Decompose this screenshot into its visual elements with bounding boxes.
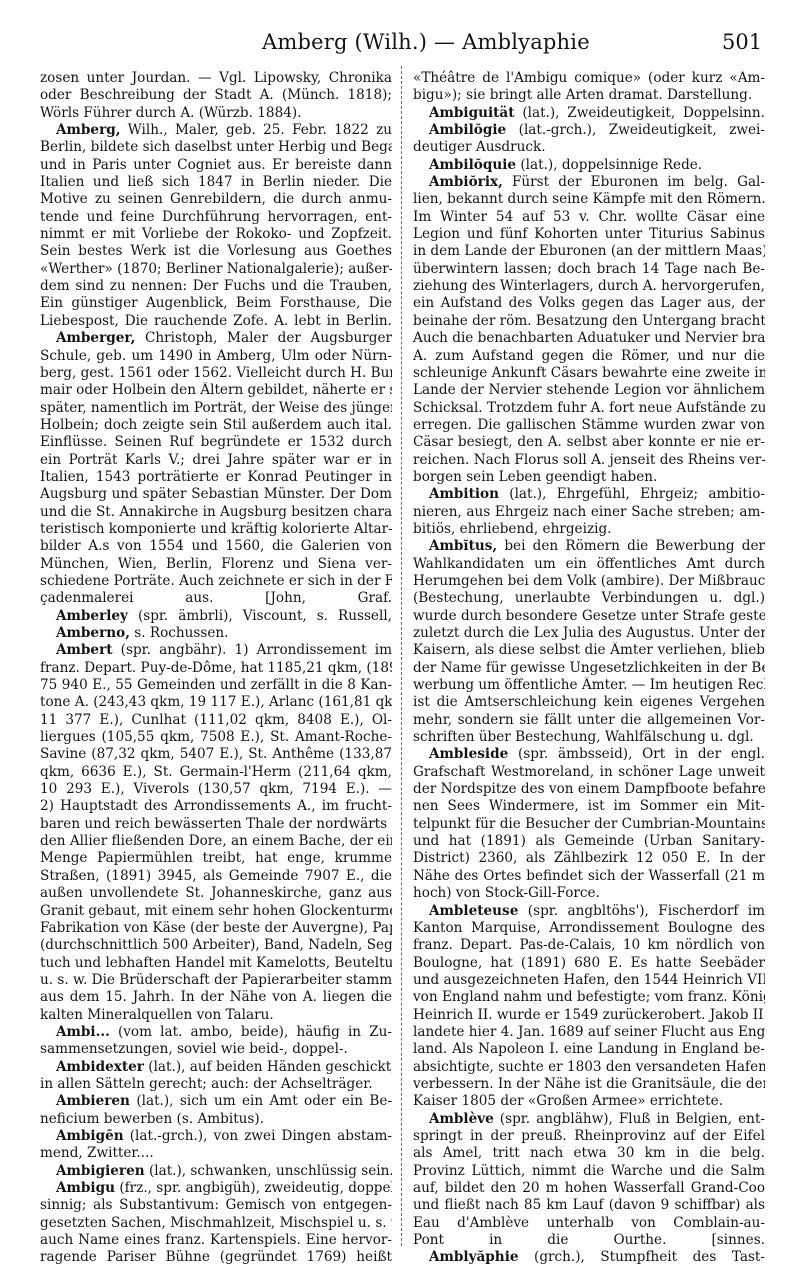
text-line: mend, Zwitter....	[40, 1145, 392, 1162]
entry-text: telpunkt für die Besucher der Cumbrian-M…	[413, 816, 765, 832]
entry-text: München, Wien, Berlin, Florenz und Siena…	[40, 556, 392, 572]
entry-text: aus dem 15. Jahrh. In der Nähe von A. li…	[40, 989, 392, 1005]
text-line: Provinz Lüttich, nimmt die Warche und di…	[413, 1163, 765, 1180]
page-number: 501	[722, 30, 762, 54]
entry-text: s. Rochussen.	[130, 625, 229, 641]
entry-text: dem sind zu nennen: Der Fuchs und die Tr…	[40, 278, 392, 294]
text-line: Berlin, bildete sich daselbst unter Herb…	[40, 139, 392, 156]
text-line: Herumgehen bei dem Volk (ambire). Der Mi…	[413, 573, 765, 590]
entry-text: Straßen, (1891) 3945, als Gemeinde 7907 …	[40, 868, 392, 884]
text-line: Motive zu seinen Genrebildern, die durch…	[40, 191, 392, 208]
entry-text: beinahe der röm. Besatzung den Untergang…	[413, 313, 765, 329]
entry-text: Liebespost, Die rauchende Zofe. A. lebt …	[40, 313, 392, 329]
entry-text: ein Aufstand des Volks gegen das Lager a…	[413, 295, 765, 311]
text-line: auf, bildet den 20 m hohen Wasserfall Gr…	[413, 1180, 765, 1197]
text-line: Auch die benachbarten Aduatuker und Nerv…	[413, 330, 765, 347]
text-line: Legion und fünf Kohorten unter Titurius …	[413, 226, 765, 243]
text-line: nimmt er mit Vorliebe der Rokoko- und Zo…	[40, 226, 392, 243]
entry-text: Sein bestes Werk ist die Vorlesung aus G…	[40, 243, 392, 259]
entry-text: Auch die benachbarten Aduatuker und Nerv…	[413, 330, 765, 346]
entry-text: ist die Amtserschleichung kein eigenes V…	[413, 694, 765, 710]
entry-lemma: Ambigieren	[56, 1163, 145, 1179]
entry-text: mair oder Holbein den Ältern gebildet, n…	[40, 382, 392, 398]
entry-text: Augsburg und später Sebastian Münster. D…	[40, 486, 392, 502]
text-line: hoch) von Stock-Gill-Force.	[413, 885, 765, 902]
entry-text: (durchschnittlich 500 Arbeiter), Band, N…	[40, 937, 392, 953]
text-line: land. Als Napoleon I. eine Landung in En…	[413, 1041, 765, 1058]
text-line: in allen Sätteln gerecht; auch: der Achs…	[40, 1076, 392, 1093]
entry-text: neficium bewerben (s. Ambitus).	[40, 1111, 264, 1127]
entry-text: der Name für gewisse Ungesetzlichkeiten …	[413, 660, 765, 676]
text-line: Wahlkandidaten um ein öffentliches Amt d…	[413, 556, 765, 573]
entry-headline: Ambigieren (lat.), schwanken, unschlüssi…	[40, 1163, 392, 1180]
text-line: zosen unter Jourdan. — Vgl. Lipowsky, Ch…	[40, 70, 392, 87]
entry-text: und fließt nach 85 km Lauf (davon 9 schi…	[413, 1197, 765, 1213]
text-line: der Name für gewisse Ungesetzlichkeiten …	[413, 660, 765, 677]
entry-headline: Amblyăphie (grch.), Stumpfheit des Tast-	[413, 1249, 765, 1266]
running-head-title: Amberg (Wilh.) — Amblyaphie	[262, 30, 590, 54]
entry-lemma: Ambition	[429, 486, 499, 502]
entry-text: Lande der Nervier stehende Legion vor äh…	[413, 382, 765, 398]
entry-lemma: Ambilŏquie	[429, 157, 516, 173]
text-line: springt in der preuß. Rheinprovinz auf d…	[413, 1128, 765, 1145]
entry-text: Holbein; doch zeigte sein Stil außerdem …	[40, 417, 392, 433]
text-line: Im Winter 54 auf 53 v. Chr. wollte Cäsar…	[413, 209, 765, 226]
entry-lemma: Amberno,	[56, 625, 130, 641]
entry-text: (lat.), doppelsinnige Rede.	[516, 157, 702, 173]
entry-text: Herumgehen bei dem Volk (ambire). Der Mi…	[413, 573, 765, 589]
column-divider	[401, 66, 402, 1246]
text-line: Sein bestes Werk ist die Vorlesung aus G…	[40, 243, 392, 260]
entry-headline: Ambidexter (lat.), auf beiden Händen ges…	[40, 1059, 392, 1076]
entry-text: District) 2360, als Zählbezirk 12 050 E.…	[413, 850, 765, 866]
entry-text: ragende Pariser Bühne (gegründet 1769) h…	[40, 1249, 392, 1265]
text-line: District) 2360, als Zählbezirk 12 050 E.…	[413, 850, 765, 867]
text-line: teristisch komponierte und kräftig kolor…	[40, 521, 392, 538]
entry-text: werbung um öffentliche Ämter. — Im heuti…	[413, 677, 765, 693]
text-line: ragende Pariser Bühne (gegründet 1769) h…	[40, 1249, 392, 1266]
entry-headline: Ambleside (spr. ämbsseid), Ort in der en…	[413, 746, 765, 763]
text-line: auch Name eines franz. Kartenspiels. Ein…	[40, 1232, 392, 1249]
entry-text: (lat.), auf beiden Händen geschickt;	[144, 1059, 392, 1075]
entry-text: (spr. angbähr). 1) Arrondissement im	[113, 642, 392, 658]
text-line: erregen. Die gallischen Stämme wurden zw…	[413, 417, 765, 434]
text-line: Wörls Führer durch A. (Würzb. 1884).	[40, 105, 392, 122]
right-column: «Théâtre de l'Ambigu comique» (oder kurz…	[413, 70, 765, 1266]
entry-text: überwintern lassen; doch brach 14 Tage n…	[413, 261, 765, 277]
entry-text: Granit gebaut, mit einem sehr hohen Gloc…	[40, 903, 392, 919]
entry-text: nieren, aus Ehrgeiz nach einer Sache str…	[413, 504, 765, 520]
text-line: in dem Lande der Eburonen (an der mittle…	[413, 243, 765, 260]
entry-text: den Allier fließenden Dore, an einem Bac…	[40, 833, 392, 849]
entry-lemma: Ambilŏgie	[429, 122, 506, 138]
entry-text: sinnig; als Substantivum: Gemisch von en…	[40, 1197, 392, 1213]
text-line: çadenmalerei aus. [John, Graf.	[40, 590, 392, 607]
text-line: franz. Depart. Puy-de-Dôme, hat 1185,21 …	[40, 660, 392, 677]
text-line: und ausgezeichneten Hafen, den 1544 Hein…	[413, 972, 765, 989]
entry-headline: Ambĭtus, bei den Römern die Bewerbung de…	[413, 538, 765, 555]
entry-headline: Ambieren (lat.), sich um ein Amt oder ei…	[40, 1093, 392, 1110]
entry-text: (frz., spr. angbigüh), zweideutig, doppe…	[115, 1180, 392, 1196]
text-line: Kaiser 1805 der «Großen Armee» errichtet…	[413, 1093, 765, 1110]
entry-text: (spr. angbltöhs'), Fischerdorf im	[518, 903, 765, 919]
entry-headline: Ambiŏrix, Fürst der Eburonen im belg. Ga…	[413, 174, 765, 191]
text-line: sammensetzungen, soviel wie beid-, doppe…	[40, 1041, 392, 1058]
entry-headline: Ambition (lat.), Ehrgefühl, Ehrgeiz; amb…	[413, 486, 765, 503]
entry-text: (grch.), Stumpfheit des Tast-	[519, 1249, 765, 1265]
entry-text: baren und reich bewässerten Thale der no…	[40, 816, 392, 832]
text-line: werbung um öffentliche Ämter. — Im heuti…	[413, 677, 765, 694]
entry-text: reichen. Nach Florus soll A. jenseit des…	[413, 452, 765, 468]
text-line: Schule, geb. um 1490 in Amberg, Ulm oder…	[40, 348, 392, 365]
text-line: telpunkt für die Besucher der Cumbrian-M…	[413, 816, 765, 833]
entry-text: liergues (105,55 qkm, 7508 E.), St. Aman…	[40, 729, 392, 745]
entry-text: bitiös, ehrliebend, ehrgeizig.	[413, 521, 611, 537]
entry-headline: Ambilŏgie (lat.-grch.), Zweideutigkeit, …	[413, 122, 765, 139]
entry-text: auf, bildet den 20 m hohen Wasserfall Gr…	[413, 1180, 765, 1196]
text-line: 10 293 E.), Viverols (130,57 qkm, 7194 E…	[40, 781, 392, 798]
entry-lemma: Ambigēn	[56, 1128, 124, 1144]
text-line: Nähe des Ortes befindet sich der Wasserf…	[413, 868, 765, 885]
text-line: gesetzten Sachen, Mischmahlzeit, Mischsp…	[40, 1215, 392, 1232]
entry-text: (spr. angblähw), Fluß in Belgien, ent-	[494, 1111, 765, 1127]
text-line: liergues (105,55 qkm, 7508 E.), St. Aman…	[40, 729, 392, 746]
text-line: 75 940 E., 55 Gemeinden und zerfällt in …	[40, 677, 392, 694]
text-line: A. zum Aufstand gegen die Römer, und nur…	[413, 348, 765, 365]
entry-text: tuch und lebhaften Handel mit Kamelotts,…	[40, 955, 392, 971]
entry-text: Menge Papiermühlen treibt, hat enge, kru…	[40, 850, 392, 866]
entry-text: schriften über Bestechung, Wahlfälschung…	[413, 729, 754, 745]
text-line: landete hier 4. Jan. 1689 auf seiner Flu…	[413, 1024, 765, 1041]
entry-text: (lat.), Zweideutigkeit, Doppelsinn.	[515, 105, 765, 121]
text-line: Ein günstiger Augenblick, Beim Forsthaus…	[40, 295, 392, 312]
entry-text: in dem Lande der Eburonen (an der mittle…	[413, 243, 765, 259]
text-line: schleunige Ankunft Cäsars bewahrte eine …	[413, 365, 765, 382]
entry-text: berg, gest. 1561 oder 1562. Vielleicht d…	[40, 365, 392, 381]
entry-text: und ausgezeichneten Hafen, den 1544 Hein…	[413, 972, 765, 988]
text-line: nieren, aus Ehrgeiz nach einer Sache str…	[413, 504, 765, 521]
entry-lemma: Amberger,	[56, 330, 135, 346]
entry-text: franz. Depart. Pas-de-Calais, 10 km nörd…	[413, 937, 765, 953]
entry-text: Nähe des Ortes befindet sich der Wasserf…	[413, 868, 765, 884]
entry-text: erregen. Die gallischen Stämme wurden zw…	[413, 417, 765, 433]
entry-lemma: Ambi...	[56, 1024, 110, 1040]
text-line: Einflüsse. Seinen Ruf begründete er 1532…	[40, 434, 392, 451]
entry-lemma: Ambieren	[56, 1093, 130, 1109]
entry-lemma: Ambert	[56, 642, 113, 658]
text-line: neficium bewerben (s. Ambitus).	[40, 1111, 392, 1128]
entry-lemma: Amberg,	[56, 122, 120, 138]
entry-lemma: Amberley	[56, 608, 128, 624]
text-line: berg, gest. 1561 oder 1562. Vielleicht d…	[40, 365, 392, 382]
text-line: (durchschnittlich 500 Arbeiter), Band, N…	[40, 937, 392, 954]
text-line: tende und feine Durchführung hervorragen…	[40, 209, 392, 226]
entry-lemma: Ambigu	[56, 1180, 115, 1196]
entry-text: bigu»); sie bringt alle Arten dramat. Da…	[413, 87, 752, 103]
entry-text: oder Beschreibung der Stadt A. (Münch. 1…	[40, 87, 392, 103]
entry-text: Wilh., Maler, geb. 25. Febr. 1822 zu	[120, 122, 392, 138]
text-line: deutiger Ausdruck.	[413, 139, 765, 156]
text-line: bigu»); sie bringt alle Arten dramat. Da…	[413, 87, 765, 104]
entry-text: Italien und ließ sich 1847 in Berlin nie…	[40, 174, 392, 190]
entry-text: land. Als Napoleon I. eine Landung in En…	[413, 1041, 765, 1057]
text-line: Menge Papiermühlen treibt, hat enge, kru…	[40, 850, 392, 867]
entry-lemma: Amblyăphie	[429, 1249, 519, 1265]
text-line: bilder A.s von 1554 und 1560, die Galeri…	[40, 538, 392, 555]
text-line: verbessern. In der Nähe ist die Granitsä…	[413, 1076, 765, 1093]
entry-text: çadenmalerei aus. [John, Graf.	[40, 590, 392, 606]
entry-headline: Amberno, s. Rochussen.	[40, 625, 392, 642]
entry-text: (lat.), Ehrgefühl, Ehrgeiz; ambitio-	[499, 486, 765, 502]
entry-text: mehr, sondern sie fällt unter die allgem…	[413, 712, 765, 728]
entry-text: Berlin, bildete sich daselbst unter Herb…	[40, 139, 392, 155]
text-line: bitiös, ehrliebend, ehrgeizig.	[413, 521, 765, 538]
entry-text: zuletzt durch die Lex Julia des Augustus…	[413, 625, 765, 641]
entry-text: außen unvollendete St. Johanneskirche, g…	[40, 885, 392, 901]
text-line: Eau d'Amblève unterhalb von Comblain-au-	[413, 1215, 765, 1232]
entry-text: Boulogne, hat (1891) 680 E. Es hatte See…	[413, 955, 765, 971]
entry-headline: Ambigu (frz., spr. angbigüh), zweideutig…	[40, 1180, 392, 1197]
entry-lemma: Ambĭtus,	[429, 538, 497, 554]
entry-headline: Ambi... (vom lat. ambo, beide), häufig i…	[40, 1024, 392, 1041]
text-line: Straßen, (1891) 3945, als Gemeinde 7907 …	[40, 868, 392, 885]
entry-text: 75 940 E., 55 Gemeinden und zerfällt in …	[40, 677, 392, 693]
entry-text: Wörls Führer durch A. (Würzb. 1884).	[40, 105, 302, 121]
entry-text: und in Paris unter Cogniet aus. Er berei…	[40, 157, 392, 173]
entry-text: Pont in die Ourthe. [sinnes.	[413, 1232, 765, 1248]
text-line: «Théâtre de l'Ambigu comique» (oder kurz…	[413, 70, 765, 87]
text-line: der Nordspitze des von einem Dampfboote …	[413, 781, 765, 798]
entry-text: Heinrich II. wurde er 1549 zurückerobert…	[413, 1007, 765, 1023]
entry-text: später, namentlich im Porträt, der Weise…	[40, 400, 392, 416]
entry-text: schiedene Porträte. Auch zeichnete er si…	[40, 573, 392, 589]
entry-text: deutiger Ausdruck.	[413, 139, 546, 155]
entry-text: Cäsar besiegt, den A. selbst aber konnte…	[413, 434, 765, 450]
entry-text: Wahlkandidaten um ein öffentliches Amt d…	[413, 556, 765, 572]
text-line: ein Porträt Karls V.; drei Jahre später …	[40, 452, 392, 469]
text-line: tuch und lebhaften Handel mit Kamelotts,…	[40, 955, 392, 972]
text-line: wurde durch besondere Gesetze unter Stra…	[413, 608, 765, 625]
text-line: Granit gebaut, mit einem sehr hohen Gloc…	[40, 903, 392, 920]
text-line: tone A. (243,43 qkm, 19 117 E.), Arlanc …	[40, 694, 392, 711]
entry-text: Provinz Lüttich, nimmt die Warche und di…	[413, 1163, 765, 1179]
text-line: qkm, 6636 E.), St. Germain-l'Herm (211,6…	[40, 764, 392, 781]
text-line: Cäsar besiegt, den A. selbst aber konnte…	[413, 434, 765, 451]
entry-lemma: Ambleteuse	[429, 903, 518, 919]
entry-text: (lat.-grch.), Zweideutigkeit, zwei-	[506, 122, 765, 138]
entry-headline: Amberger, Christoph, Maler der Augsburge…	[40, 330, 392, 347]
entry-text: teristisch komponierte und kräftig kolor…	[40, 521, 392, 537]
text-line: schriften über Bestechung, Wahlfälschung…	[413, 729, 765, 746]
text-line: lien, bekannt durch seine Kämpfe mit den…	[413, 191, 765, 208]
text-line: Liebespost, Die rauchende Zofe. A. lebt …	[40, 313, 392, 330]
text-line: sinnig; als Substantivum: Gemisch von en…	[40, 1197, 392, 1214]
entry-text: mend, Zwitter....	[40, 1145, 154, 1161]
entry-text: der Nordspitze des von einem Dampfboote …	[413, 781, 765, 797]
text-line: aus dem 15. Jahrh. In der Nähe von A. li…	[40, 989, 392, 1006]
text-line: und fließt nach 85 km Lauf (davon 9 schi…	[413, 1197, 765, 1214]
entry-lemma: Ambiguität	[429, 105, 515, 121]
entry-text: als Amel, tritt nach etwa 30 km in die b…	[413, 1145, 765, 1161]
text-line: und die St. Annakirche in Augsburg besit…	[40, 504, 392, 521]
entry-text: qkm, 6636 E.), St. Germain-l'Herm (211,6…	[40, 764, 392, 780]
entry-text: ziehung des Winterlagers, durch A. hervo…	[413, 278, 765, 294]
text-line: franz. Depart. Pas-de-Calais, 10 km nörd…	[413, 937, 765, 954]
entry-text: Schule, geb. um 1490 in Amberg, Ulm oder…	[40, 348, 392, 364]
entry-text: bei den Römern die Bewerbung der	[497, 538, 765, 554]
text-line: und in Paris unter Cogniet aus. Er berei…	[40, 157, 392, 174]
entry-headline: Amblève (spr. angblähw), Fluß in Belgien…	[413, 1111, 765, 1128]
text-line: «Werther» (1870; Berliner Nationalgaleri…	[40, 261, 392, 278]
entry-text: Kaiser 1805 der «Großen Armee» errichtet…	[413, 1093, 723, 1109]
entry-text: Kanton Marquise, Arrondissement Boulogne…	[413, 920, 765, 936]
text-line: beinahe der röm. Besatzung den Untergang…	[413, 313, 765, 330]
entry-text: landete hier 4. Jan. 1689 auf seiner Flu…	[413, 1024, 765, 1040]
entry-text: Im Winter 54 auf 53 v. Chr. wollte Cäsar…	[413, 209, 765, 225]
entry-text: «Théâtre de l'Ambigu comique» (oder kurz…	[413, 70, 765, 86]
entry-text: hoch) von Stock-Gill-Force.	[413, 885, 600, 901]
text-line: oder Beschreibung der Stadt A. (Münch. 1…	[40, 87, 392, 104]
text-line: außen unvollendete St. Johanneskirche, g…	[40, 885, 392, 902]
text-line: baren und reich bewässerten Thale der no…	[40, 816, 392, 833]
text-line: nen Sees Windermere, ist im Sommer ein M…	[413, 798, 765, 815]
entry-text: (lat.), schwanken, unschlüssig sein.	[145, 1163, 392, 1179]
entry-text: und hat (1891) als Gemeinde (Urban Sanit…	[413, 833, 765, 849]
entry-text: (spr. ämbsseid), Ort in der engl.	[508, 746, 765, 762]
entry-headline: Ambert (spr. angbähr). 1) Arrondissement…	[40, 642, 392, 659]
entry-text: wurde durch besondere Gesetze unter Stra…	[413, 608, 765, 624]
entry-headline: Amberley (spr. ämbrli), Viscount, s. Rus…	[40, 608, 392, 625]
text-line: borgen sein Leben geendigt haben.	[413, 469, 765, 486]
entry-text: verbessern. In der Nähe ist die Granitsä…	[413, 1076, 765, 1092]
entry-text: ein Porträt Karls V.; drei Jahre später …	[40, 452, 392, 468]
entry-text: nen Sees Windermere, ist im Sommer ein M…	[413, 798, 765, 814]
entry-text: franz. Depart. Puy-de-Dôme, hat 1185,21 …	[40, 660, 392, 676]
text-line: kalten Mineralquellen von Talaru.	[40, 1007, 392, 1024]
entry-text: tende und feine Durchführung hervorragen…	[40, 209, 392, 225]
entry-text: Savine (87,32 qkm, 5407 E.), St. Anthême…	[40, 746, 392, 762]
text-line: ist die Amtserschleichung kein eigenes V…	[413, 694, 765, 711]
entry-lemma: Ambleside	[429, 746, 508, 762]
entry-text: tone A. (243,43 qkm, 19 117 E.), Arlanc …	[40, 694, 392, 710]
entry-headline: Ambiguität (lat.), Zweideutigkeit, Doppe…	[413, 105, 765, 122]
entry-text: A. zum Aufstand gegen die Römer, und nur…	[413, 348, 765, 364]
entry-text: «Werther» (1870; Berliner Nationalgaleri…	[40, 261, 392, 277]
text-line: mair oder Holbein den Ältern gebildet, n…	[40, 382, 392, 399]
text-line: Lande der Nervier stehende Legion vor äh…	[413, 382, 765, 399]
entry-text: zosen unter Jourdan. — Vgl. Lipowsky, Ch…	[40, 70, 392, 86]
text-line: zuletzt durch die Lex Julia des Augustus…	[413, 625, 765, 642]
text-line: Savine (87,32 qkm, 5407 E.), St. Anthême…	[40, 746, 392, 763]
text-line: Schicksal. Trotzdem fuhr A. fort neue Au…	[413, 400, 765, 417]
text-line: und hat (1891) als Gemeinde (Urban Sanit…	[413, 833, 765, 850]
text-line: 11 377 E.), Cunlhat (111,02 qkm, 8408 E.…	[40, 712, 392, 729]
text-line: Augsburg und später Sebastian Münster. D…	[40, 486, 392, 503]
text-line: ein Aufstand des Volks gegen das Lager a…	[413, 295, 765, 312]
text-line: u. s. w. Die Brüderschaft der Papierarbe…	[40, 972, 392, 989]
entry-text: Kaisern, als diese selbst die Ämter verl…	[413, 642, 765, 658]
entry-text: sammensetzungen, soviel wie beid-, doppe…	[40, 1041, 348, 1057]
entry-text: Grafschaft Westmoreland, in schöner Lage…	[413, 764, 765, 780]
entry-text: Fabrikation von Käse (der beste der Auve…	[40, 920, 392, 936]
entry-text: Motive zu seinen Genrebildern, die durch…	[40, 191, 392, 207]
text-line: Kaisern, als diese selbst die Ämter verl…	[413, 642, 765, 659]
entry-text: 10 293 E.), Viverols (130,57 qkm, 7194 E…	[40, 781, 392, 797]
entry-text: bilder A.s von 1554 und 1560, die Galeri…	[40, 538, 392, 554]
entry-text: gesetzten Sachen, Mischmahlzeit, Mischsp…	[40, 1215, 392, 1231]
page-header: Amberg (Wilh.) — Amblyaphie 501	[0, 30, 800, 60]
entry-text: (spr. ämbrli), Viscount, s. Russell,	[128, 608, 392, 624]
entry-text: Schicksal. Trotzdem fuhr A. fort neue Au…	[413, 400, 765, 416]
entry-text: 2) Hauptstadt des Arrondissements A., im…	[40, 798, 392, 814]
entry-text: Italien, 1543 porträtierte er Konrad Peu…	[40, 469, 392, 485]
text-line: überwintern lassen; doch brach 14 Tage n…	[413, 261, 765, 278]
entry-text: nimmt er mit Vorliebe der Rokoko- und Zo…	[40, 226, 392, 242]
entry-text: Fürst der Eburonen im belg. Gal-	[503, 174, 765, 190]
text-line: als Amel, tritt nach etwa 30 km in die b…	[413, 1145, 765, 1162]
entry-text: Ein günstiger Augenblick, Beim Forsthaus…	[40, 295, 392, 311]
entry-headline: Ambigēn (lat.-grch.), von zwei Dingen ab…	[40, 1128, 392, 1145]
entry-text: (lat.-grch.), von zwei Dingen abstam-	[124, 1128, 392, 1144]
entry-text: (Bestechung, unerlaubte Verbindungen u. …	[413, 590, 765, 606]
text-line: Fabrikation von Käse (der beste der Auve…	[40, 920, 392, 937]
text-line: ziehung des Winterlagers, durch A. hervo…	[413, 278, 765, 295]
text-line: dem sind zu nennen: Der Fuchs und die Tr…	[40, 278, 392, 295]
entry-text: borgen sein Leben geendigt haben.	[413, 469, 657, 485]
text-line: Grafschaft Westmoreland, in schöner Lage…	[413, 764, 765, 781]
entry-text: schleunige Ankunft Cäsars bewahrte eine …	[413, 365, 765, 381]
text-line: 2) Hauptstadt des Arrondissements A., im…	[40, 798, 392, 815]
entry-text: Christoph, Maler der Augsburger	[135, 330, 392, 346]
text-line: mehr, sondern sie fällt unter die allgem…	[413, 712, 765, 729]
text-line: Heinrich II. wurde er 1549 zurückerobert…	[413, 1007, 765, 1024]
entry-lemma: Ambiŏrix,	[429, 174, 503, 190]
text-line: reichen. Nach Florus soll A. jenseit des…	[413, 452, 765, 469]
entry-lemma: Amblève	[429, 1111, 494, 1127]
text-line: den Allier fließenden Dore, an einem Bac…	[40, 833, 392, 850]
text-line: München, Wien, Berlin, Florenz und Siena…	[40, 556, 392, 573]
text-line: Italien, 1543 porträtierte er Konrad Peu…	[40, 469, 392, 486]
entry-lemma: Ambidexter	[56, 1059, 144, 1075]
entry-text: kalten Mineralquellen von Talaru.	[40, 1007, 274, 1023]
entry-text: u. s. w. Die Brüderschaft der Papierarbe…	[40, 972, 392, 988]
entry-headline: Ambleteuse (spr. angbltöhs'), Fischerdor…	[413, 903, 765, 920]
entry-text: auch Name eines franz. Kartenspiels. Ein…	[40, 1232, 392, 1248]
left-column: zosen unter Jourdan. — Vgl. Lipowsky, Ch…	[40, 70, 392, 1266]
text-line: von England nahm und befestigte; vom fra…	[413, 989, 765, 1006]
entry-text: (lat.), sich um ein Amt oder ein Be-	[130, 1093, 392, 1109]
text-line: absichtigte, suchte er 1803 den versande…	[413, 1059, 765, 1076]
text-line: Boulogne, hat (1891) 680 E. Es hatte See…	[413, 955, 765, 972]
entry-headline: Ambilŏquie (lat.), doppelsinnige Rede.	[413, 157, 765, 174]
text-line: Holbein; doch zeigte sein Stil außerdem …	[40, 417, 392, 434]
entry-text: Eau d'Amblève unterhalb von Comblain-au-	[413, 1215, 765, 1231]
entry-text: von England nahm und befestigte; vom fra…	[413, 989, 765, 1005]
entry-text: in allen Sätteln gerecht; auch: der Achs…	[40, 1076, 373, 1092]
text-line: schiedene Porträte. Auch zeichnete er si…	[40, 573, 392, 590]
text-line: (Bestechung, unerlaubte Verbindungen u. …	[413, 590, 765, 607]
entry-text: (vom lat. ambo, beide), häufig in Zu-	[110, 1024, 392, 1040]
text-line: Kanton Marquise, Arrondissement Boulogne…	[413, 920, 765, 937]
entry-text: Legion und fünf Kohorten unter Titurius …	[413, 226, 765, 242]
entry-text: 11 377 E.), Cunlhat (111,02 qkm, 8408 E.…	[40, 712, 392, 728]
entry-text: lien, bekannt durch seine Kämpfe mit den…	[413, 191, 765, 207]
entry-text: Einflüsse. Seinen Ruf begründete er 1532…	[40, 434, 392, 450]
entry-text: springt in der preuß. Rheinprovinz auf d…	[413, 1128, 765, 1144]
entry-headline: Amberg, Wilh., Maler, geb. 25. Febr. 182…	[40, 122, 392, 139]
text-line: Pont in die Ourthe. [sinnes.	[413, 1232, 765, 1249]
text-line: Italien und ließ sich 1847 in Berlin nie…	[40, 174, 392, 191]
